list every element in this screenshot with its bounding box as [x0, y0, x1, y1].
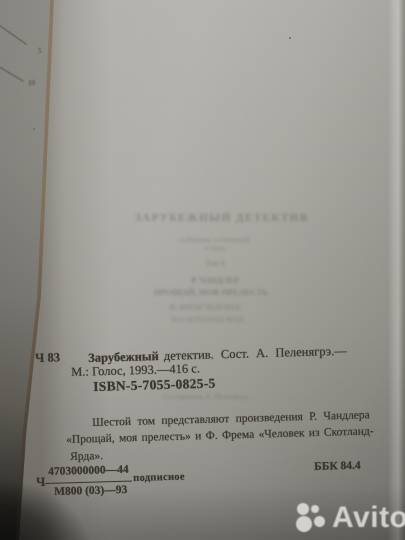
left-facing-page: 5 10	[0, 0, 405, 540]
book-photo: 5 10 ЗАРУБЕЖНЫЙ ДЕТЕКТИВ собрание сочине…	[0, 0, 405, 540]
bleedthrough-line: ЗАРУБЕЖНЫЙ ДЕТЕКТИВ	[135, 212, 295, 224]
bottom-shadow	[0, 0, 405, 540]
catalog-number-numerator: 4703000000—44	[48, 464, 129, 478]
gutter-shadow	[0, 0, 405, 540]
bleedthrough-line: собрание сочинений	[165, 236, 265, 244]
avito-logo-circle	[311, 505, 319, 513]
avito-logo-circle	[314, 516, 325, 527]
bleedthrough-line: ИЗ СКОТЛАНД-ЯРДА	[153, 315, 263, 324]
right-page-edge	[388, 0, 405, 540]
bleedthrough-line: Р. ЧАНДЛЕР	[180, 276, 250, 285]
avito-watermark: Avito	[296, 500, 405, 536]
annotation-line: «Прощай, моя прелесть» и Ф. Фрема «Челов…	[66, 425, 374, 446]
avito-logo-circle	[297, 503, 309, 515]
bleedthrough-line: в томах	[180, 245, 250, 252]
avito-wordmark: Avito	[332, 503, 405, 533]
film-grain-overlay	[0, 0, 405, 540]
catalog-number-denominator: М800 (03)—93	[54, 484, 127, 498]
subscription-note: подписное	[133, 472, 185, 484]
photo-lighting-gradient	[0, 0, 405, 540]
isbn-text: ISBN-5-7055-0825-5	[93, 375, 216, 394]
bleedthrough-line: Ф. ФРЕМ ЧЕЛОВЕК	[158, 303, 252, 312]
bleedthrough-line: ПРОЩАЙ, МОЯ ПРЕЛЕСТЬ	[148, 287, 274, 297]
dust-speck	[33, 128, 35, 130]
bibliographic-detail: детектив. Сост. А. Пеленягрэ.—	[164, 344, 347, 363]
annotation-line: Шестой том представляют произведения Р. …	[92, 409, 370, 429]
contents-leader-line	[0, 65, 24, 82]
avito-logo-icon	[296, 501, 328, 535]
library-classifier-code: Ч 83	[35, 350, 60, 366]
corner-shadow	[0, 0, 405, 540]
bleedthrough-line: Том 6	[193, 259, 237, 268]
dust-speck	[289, 37, 291, 39]
photo-vignette	[0, 0, 405, 540]
contents-page-number: 10	[28, 79, 35, 87]
annotation-line: Ярда».	[70, 450, 103, 463]
page-gutter-edge	[0, 0, 405, 540]
contents-page-number: 5	[38, 47, 42, 55]
contents-leader-line	[0, 24, 27, 45]
avito-logo-circle	[296, 516, 312, 532]
bbk-code: ББК 84.4	[314, 460, 361, 473]
